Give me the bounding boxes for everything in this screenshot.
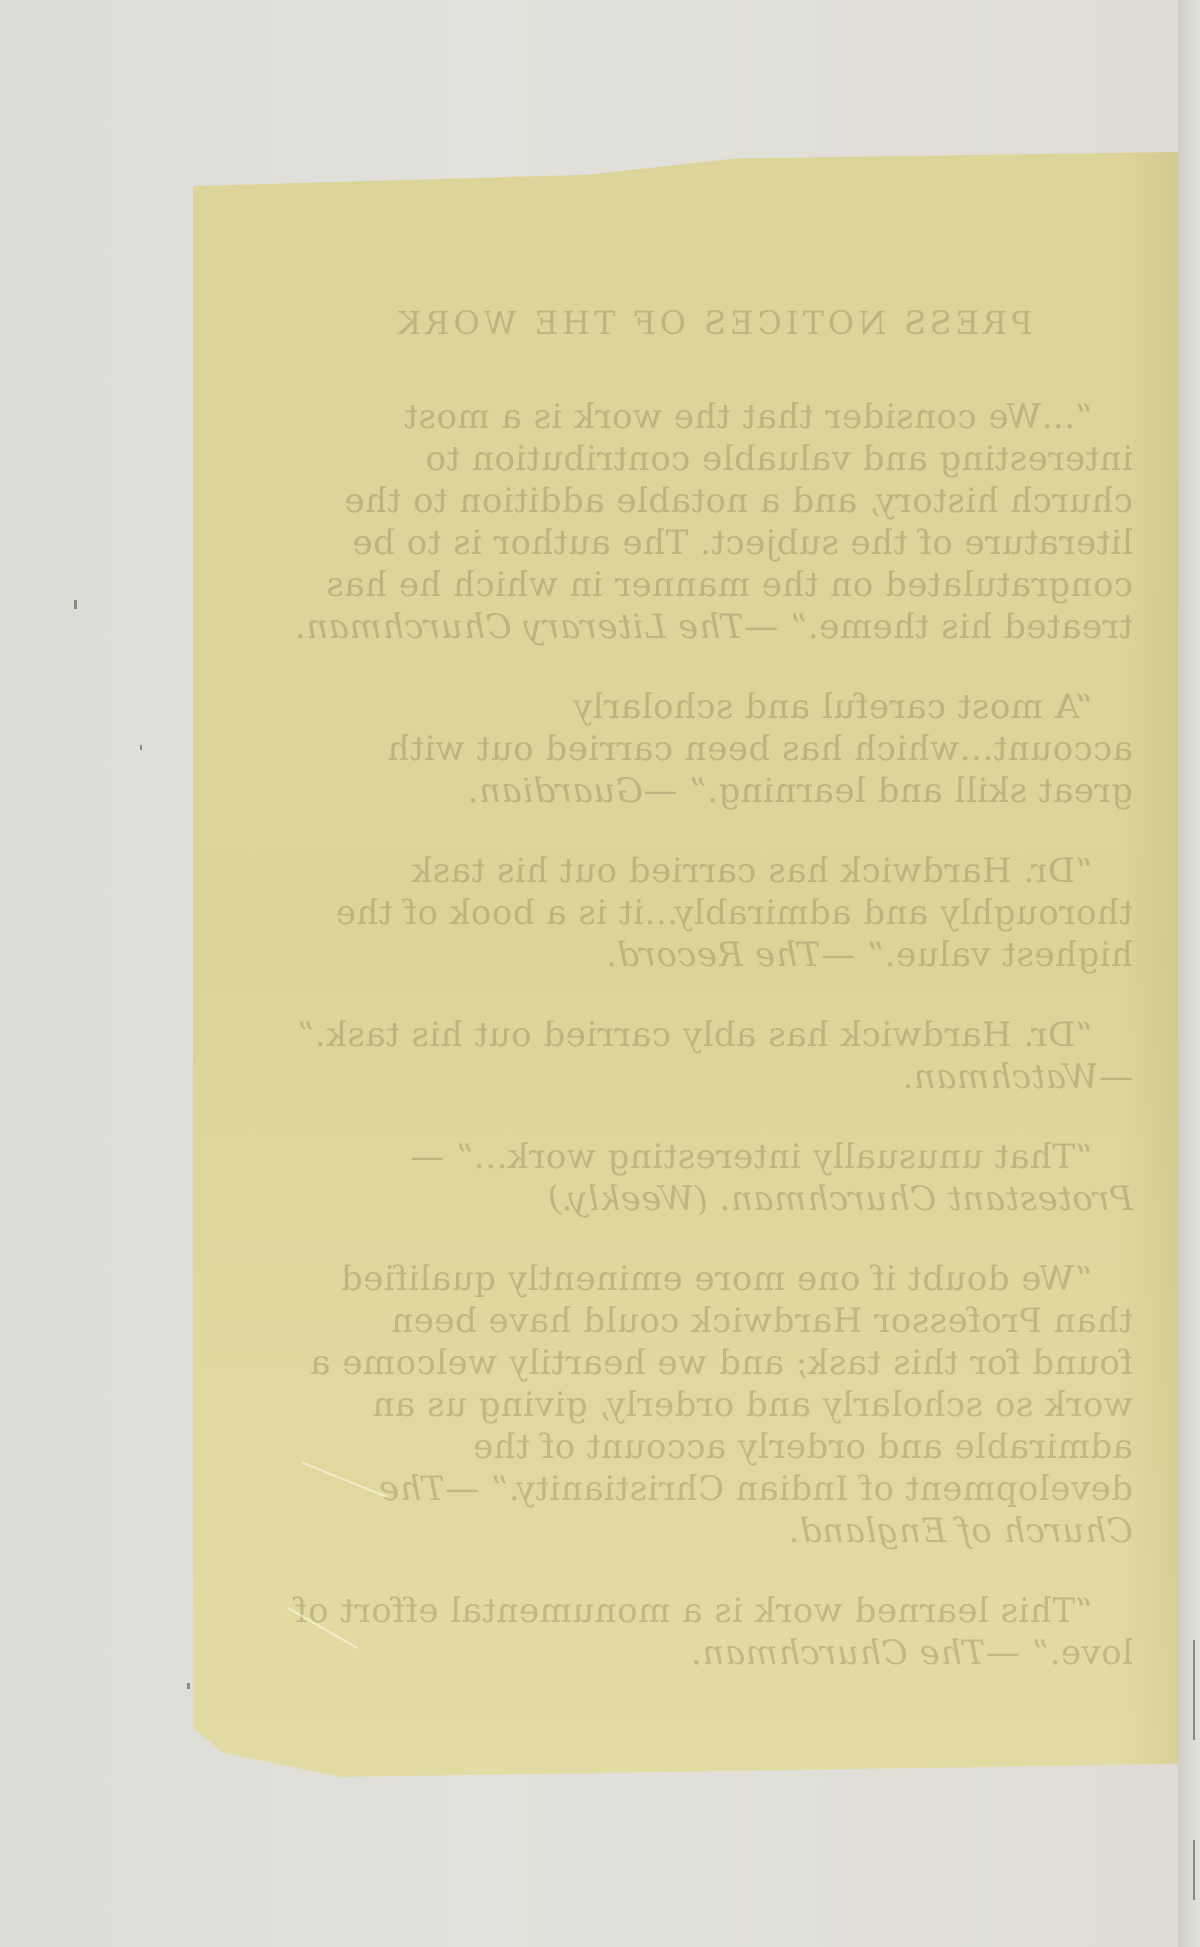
- dust-speck: [140, 745, 142, 750]
- review-source: —Guardian.: [467, 771, 677, 811]
- review-paragraph: “Dr. Hardwick has carried out his task t…: [293, 850, 1133, 976]
- dust-speck: [187, 1683, 190, 1689]
- review-paragraph: “...We consider that the work is a most …: [293, 396, 1133, 648]
- review-source: —The Record.: [606, 935, 856, 975]
- review-paragraph: “That unusually interesting work...” —Pr…: [293, 1136, 1133, 1220]
- scanner-edge-strip: [1178, 0, 1200, 1947]
- show-through-text: PRESS NOTICES OF THE WORK “...We conside…: [293, 302, 1133, 1712]
- page-heading: PRESS NOTICES OF THE WORK: [293, 302, 1133, 344]
- review-source: —The Churchman.: [691, 1633, 1020, 1673]
- review-text: “Dr. Hardwick has ably carried out his t…: [297, 1015, 1093, 1055]
- review-paragraph: “Dr. Hardwick has ably carried out his t…: [293, 1014, 1133, 1098]
- review-source: —Watchman.: [902, 1057, 1133, 1097]
- binding-edge-mark: [1193, 1840, 1195, 1900]
- dust-speck: [74, 600, 77, 609]
- review-source: —The Literary Churchman.: [295, 607, 779, 647]
- binding-edge-mark: [1193, 1640, 1195, 1740]
- book-page: PRESS NOTICES OF THE WORK “...We conside…: [193, 152, 1178, 1777]
- review-text: “That unusually interesting work...”: [456, 1137, 1093, 1177]
- review-paragraph: “A most careful and scholarly account...…: [293, 686, 1133, 812]
- review-paragraph: “This learned work is a monumental effor…: [293, 1590, 1133, 1674]
- review-paragraph: “We doubt if one more eminently qualifie…: [293, 1258, 1133, 1552]
